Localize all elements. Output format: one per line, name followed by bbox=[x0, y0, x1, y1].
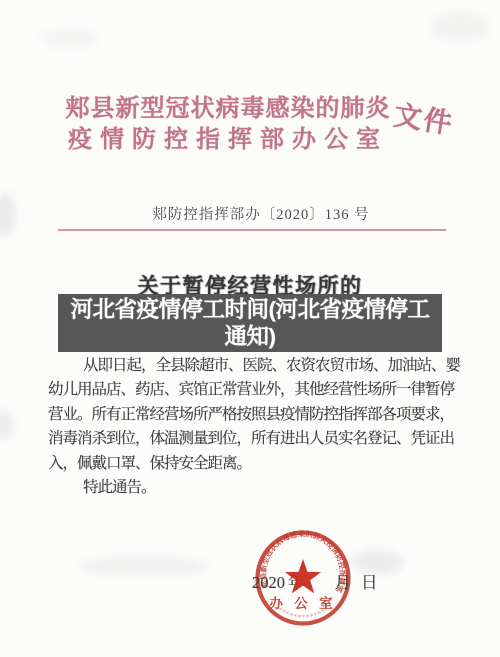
body-line: 从即日起，全县除超市、医院、农资农贸市场、加油站、婴 bbox=[83, 353, 460, 375]
date-day-unit: 日 bbox=[361, 573, 378, 592]
body-line: 消毒消杀到位，体温测量到位，所有进出人员实名登记、凭证出 bbox=[48, 426, 454, 448]
scan-noise-smudge bbox=[40, 28, 100, 48]
body-line: 幼儿用品店、药店、宾馆正常营业外，其他经营性场所一律暂停 bbox=[48, 377, 454, 399]
scan-noise-smudge bbox=[78, 556, 208, 576]
body-line: 营业。所有正常经营场所严格按照县疫情防控指挥部各项要求， bbox=[48, 402, 454, 424]
letterhead-line1: 郏县新型冠状病毒感染的肺炎 bbox=[65, 88, 391, 123]
star-icon bbox=[285, 559, 321, 593]
official-seal: 郏县新型冠状病毒感染的肺炎疫情防控指挥部 办 公 室 ＊＊＊＊＊＊＊＊＊＊＊＊＊ bbox=[253, 528, 353, 628]
caption-overlay: 河北省疫情停工时间(河北省疫情停工 通知) bbox=[58, 294, 442, 352]
scan-noise-smudge bbox=[430, 12, 490, 42]
body-line: 入，佩戴口罩、保持安全距离。 bbox=[48, 451, 251, 473]
doc-type-label: 文件 bbox=[391, 94, 457, 143]
document-photo: 郏县新型冠状病毒感染的肺炎 疫情防控指挥部办公室 文件 郏防控指挥部办〔2020… bbox=[0, 0, 500, 657]
caption-line2: 通知) bbox=[225, 323, 276, 350]
seal-star-graphic bbox=[253, 528, 353, 628]
letterhead-line2: 疫情防控指挥部办公室 bbox=[65, 119, 391, 154]
body-line-closing: 特此通告。 bbox=[83, 475, 156, 497]
caption-line1: 河北省疫情停工时间(河北省疫情停工 bbox=[71, 296, 430, 323]
scan-noise-smudge bbox=[0, 410, 13, 440]
red-separator-line bbox=[58, 229, 446, 231]
doc-number: 郏防控指挥部办〔2020〕136 号 bbox=[0, 203, 500, 224]
